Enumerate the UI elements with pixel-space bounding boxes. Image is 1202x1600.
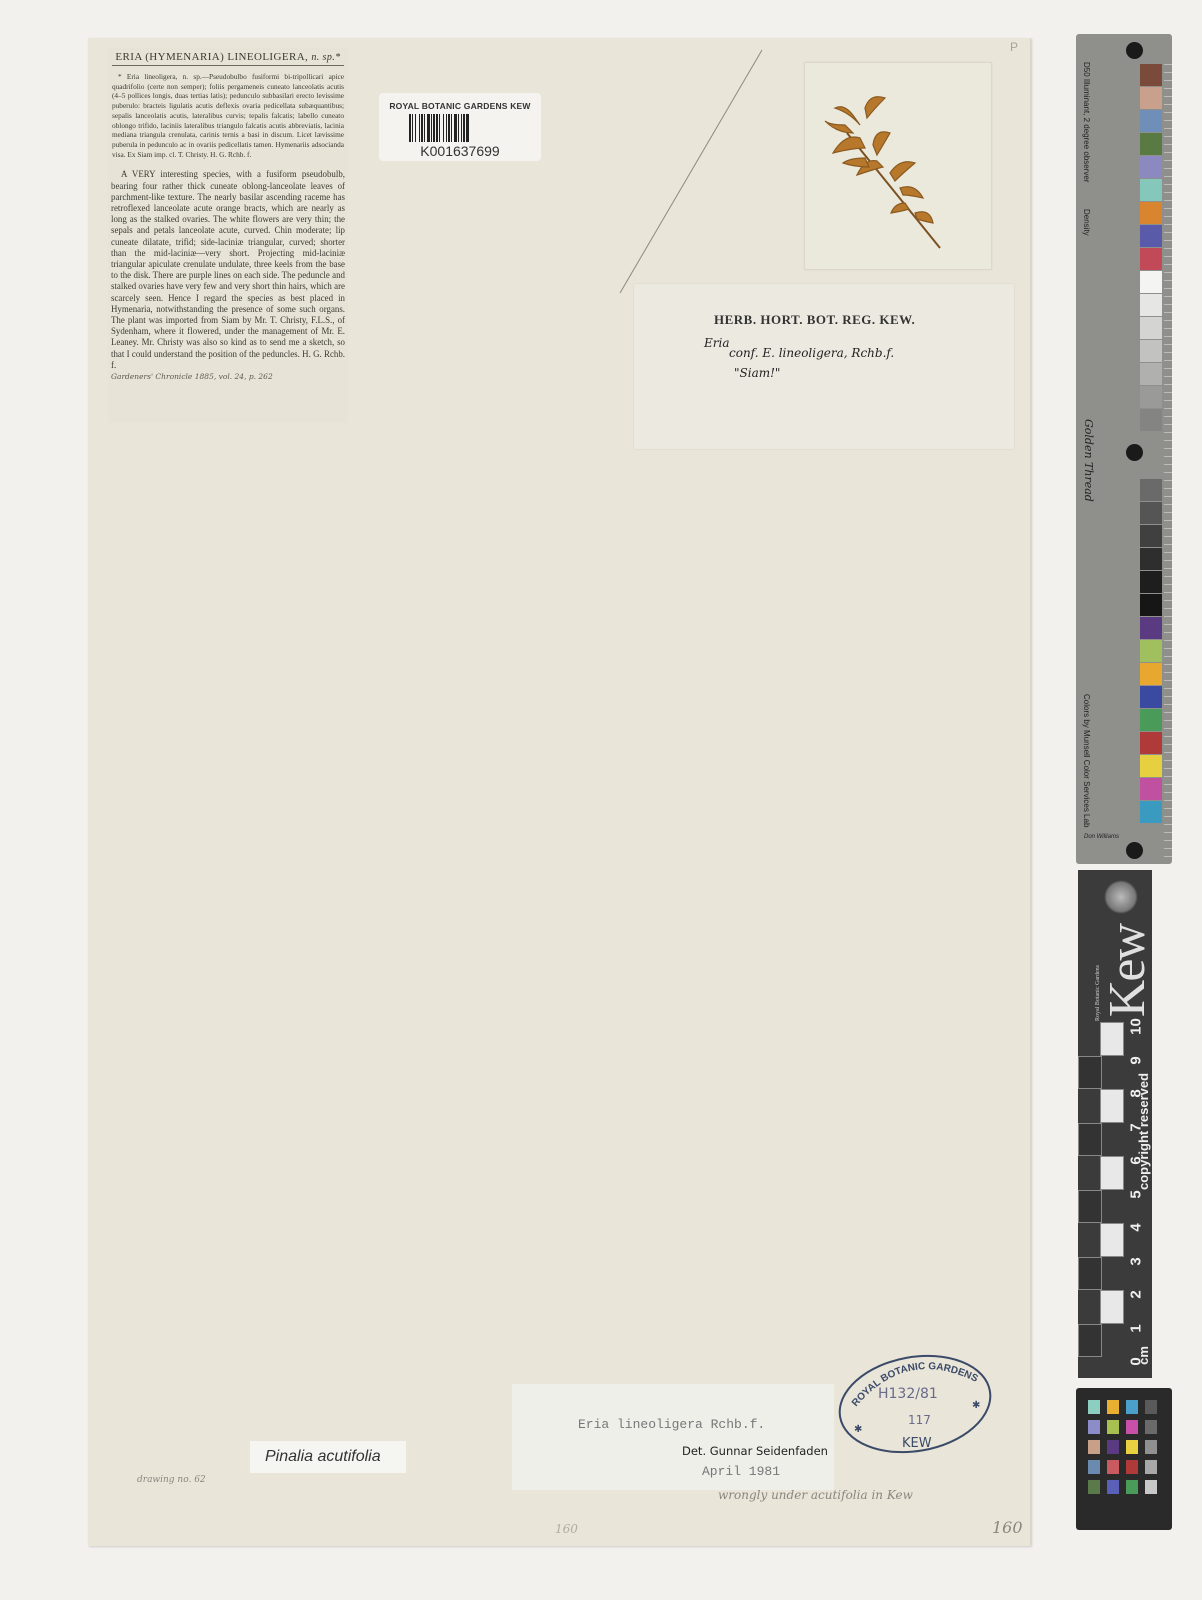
color-swatches-top [1140,64,1162,432]
mini-color-swatch [1145,1480,1157,1494]
color-swatch [1140,340,1162,362]
mini-color-swatch [1088,1480,1100,1494]
herbarium-label-genus: Eria [704,336,730,350]
color-swatch [1140,571,1162,593]
color-swatch [1140,294,1162,316]
mini-color-swatch [1126,1420,1138,1434]
color-swatch [1140,732,1162,754]
color-swatch [1140,133,1162,155]
determination-date: April 1981 [702,1464,780,1479]
color-swatch [1140,778,1162,800]
color-swatch [1140,502,1162,524]
stamp-accession: H132/81 [878,1386,938,1402]
munsell-credit: Colors by Munsell Color Services Lab [1082,694,1091,827]
color-swatch [1140,525,1162,547]
kew-logo: Kew [1098,925,1157,1017]
mini-color-swatch [1145,1460,1157,1474]
mini-color-swatch [1107,1480,1119,1494]
scale-block [1100,1290,1124,1324]
scale-block [1078,1056,1102,1090]
illuminant-text: D50 Illuminant, 2 degree observer [1082,62,1091,183]
color-swatch [1140,248,1162,270]
signature: Don Williams [1084,834,1119,840]
color-swatch [1140,617,1162,639]
scale-block [1100,1022,1124,1056]
mini-color-swatch [1126,1400,1138,1414]
copyright-text: copyright reserved [1136,1020,1151,1190]
scale-tick-label: 4 [1128,1218,1145,1238]
herbarium-label-locality: "Siam!" [734,366,780,380]
determination-label: Eria lineoligera Rchb.f. Det. Gunnar Sei… [512,1384,834,1490]
color-swatch [1140,87,1162,109]
color-swatch [1140,363,1162,385]
color-swatch [1140,709,1162,731]
barcode-icon [409,114,511,142]
barcode-bar [469,114,470,142]
mini-color-chart [1076,1388,1172,1530]
color-swatch [1140,686,1162,708]
color-swatch [1140,271,1162,293]
pencil-note-number-center: 160 [555,1522,578,1536]
current-name: Pinalia acutifolia [265,1448,381,1466]
pencil-note-misfiled: wrongly under acutifolia in Kew [718,1488,913,1502]
color-swatch [1140,179,1162,201]
scale-block [1100,1156,1124,1190]
color-swatch [1140,755,1162,777]
scale-tick-label: 1 [1128,1318,1145,1338]
color-swatch [1140,386,1162,408]
stamp-number: 117 [908,1413,931,1427]
color-calibration-card: D50 Illuminant, 2 degree observer Densit… [1076,34,1172,864]
mini-color-swatch [1145,1420,1157,1434]
stamp-place: KEW [902,1436,932,1451]
english-description: A VERY interesting species, with a fusif… [111,169,345,371]
star-icon: ✱ [854,1424,862,1435]
color-swatch [1140,479,1162,501]
mini-color-swatch [1107,1440,1119,1454]
color-swatch [1140,801,1162,823]
kew-accession-stamp: ROYAL BOTANIC GARDENS H132/81 117 KEW ✱ … [836,1352,994,1456]
star-icon: ✱ [972,1400,980,1411]
color-swatch [1140,110,1162,132]
cm-unit-label: cm [1136,1346,1151,1365]
barcode-institution: ROYAL BOTANIC GARDENS KEW [379,101,541,111]
kew-subtitle: Royal Botanic Gardens [1095,965,1101,1021]
pencil-note-number-right: 160 [992,1518,1023,1537]
determiner: Det. Gunnar Seidenfaden [682,1444,828,1458]
barcode-number: K001637699 [379,143,541,159]
kew-scale-bar: Kew Royal Botanic Gardens 012345678910 c… [1078,870,1152,1378]
color-swatch [1140,548,1162,570]
mini-color-swatch [1145,1440,1157,1454]
color-swatch [1140,640,1162,662]
scale-block [1100,1223,1124,1257]
scale-block [1078,1324,1102,1358]
herbarium-label-determination: conf. E. lineoligera, Rchb.f. [729,346,894,360]
scale-block [1078,1257,1102,1291]
mini-color-swatch [1088,1440,1100,1454]
scale-block [1078,1123,1102,1157]
scale-block [1100,1089,1124,1123]
color-swatch [1140,156,1162,178]
color-swatch [1140,594,1162,616]
fragment-packet [804,62,992,270]
color-swatch [1140,225,1162,247]
mini-color-swatch [1126,1460,1138,1474]
punch-hole [1126,42,1143,59]
punch-hole [1126,444,1143,461]
golden-thread-brand: Golden Thread [1082,419,1095,502]
pencil-note-drawing: drawing no. 62 [137,1475,206,1485]
mini-color-swatches [1088,1400,1159,1494]
mini-color-swatch [1126,1480,1138,1494]
scale-tick-label: 2 [1128,1285,1145,1305]
scale-tick-label: 3 [1128,1251,1145,1271]
punch-hole [1126,842,1143,859]
color-swatch [1140,64,1162,86]
latin-diagnosis: * Eria lineoligera, n. sp.—Pseudobulbo f… [112,72,344,159]
color-swatch [1140,663,1162,685]
inch-ruler [1164,64,1172,864]
barcode-label: ROYAL BOTANIC GARDENS KEW K001637699 [379,93,541,161]
protologue-clipping: ERIA (HYMENARIA) LINEOLIGERA, n. sp.* * … [108,48,348,423]
scale-block [1078,1190,1102,1224]
cm-scale-blocks [1078,1022,1124,1377]
mini-color-swatch [1107,1400,1119,1414]
mini-color-swatch [1088,1420,1100,1434]
mini-color-swatch [1088,1460,1100,1474]
density-label: Density [1082,209,1091,236]
mini-color-swatch [1145,1400,1157,1414]
current-name-label: Pinalia acutifolia [250,1441,406,1473]
specimen-inflorescence-icon [805,63,991,269]
color-swatch [1140,317,1162,339]
royal-crest-icon [1104,880,1138,914]
mini-color-swatch [1107,1460,1119,1474]
herbarium-label: HERB. HORT. BOT. REG. KEW. Eria conf. E.… [634,284,1014,449]
handwritten-citation: Gardeners' Chronicle 1885, vol. 24, p. 2… [111,372,345,381]
mini-color-swatch [1088,1400,1100,1414]
herbarium-label-header: HERB. HORT. BOT. REG. KEW. [714,312,915,328]
determination-taxon: Eria lineoligera Rchb.f. [578,1417,765,1432]
clipping-title: ERIA (HYMENARIA) LINEOLIGERA, n. sp.* [112,48,344,66]
color-swatches-bottom [1140,479,1162,824]
mini-color-swatch [1107,1420,1119,1434]
color-swatch [1140,409,1162,431]
color-swatch [1140,202,1162,224]
mini-color-swatch [1126,1440,1138,1454]
